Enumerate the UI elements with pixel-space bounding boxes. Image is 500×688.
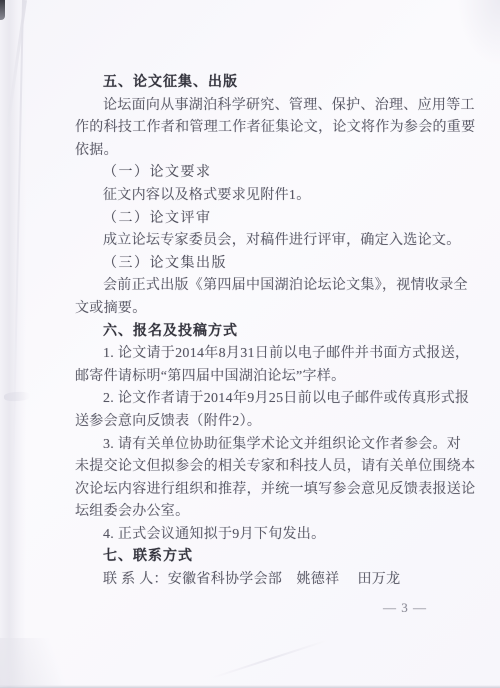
scan-corner-mark xyxy=(0,0,5,20)
scan-bottom-left-shadow xyxy=(0,638,85,686)
document-line: 依据。 xyxy=(75,140,463,163)
document-line: 联 系 人：安徽省科协学会部 姚德祥 田万龙 xyxy=(75,569,463,592)
document-line: 征文内容以及格式要求见附件1。 xyxy=(75,185,463,208)
document-line: 六、报名及投稿方式 xyxy=(75,321,463,344)
page-number: — 3 — xyxy=(383,600,427,616)
document-line: 成立论坛专家委员会，对稿件进行评审，确定入选论文。 xyxy=(75,230,463,253)
document-line: 未提交论文但拟参会的相关专家和科技人员，请有关单位围绕本 xyxy=(75,456,463,479)
document-line: 送参会意向反馈表（附件2）。 xyxy=(75,411,463,434)
document-line: （一）论文要求 xyxy=(75,162,463,185)
scan-left-crease xyxy=(4,391,30,401)
document-line: 会前正式出版《第四届中国湖泊论坛论文集》，视情收录全 xyxy=(75,275,463,298)
document-line: （三）论文集出版 xyxy=(75,253,463,276)
scan-diagonal-crease xyxy=(213,640,328,679)
document-line: 论坛面向从事湖泊科学研究、管理、保护、治理、应用等工 xyxy=(75,95,463,118)
document-line: （二）论文评审 xyxy=(75,208,463,231)
scan-top-right-shadow xyxy=(454,0,500,70)
document-line: 1. 论文请于2014年8月31日前以电子邮件并书面方式报送， xyxy=(75,343,463,366)
document-line: 2. 论文作者请于2014年9月25日前以电子邮件或传真形式报 xyxy=(75,388,463,411)
document-line: 作的科技工作者和管理工作者征集论文，论文将作为参会的重要 xyxy=(75,117,463,140)
document-line: 3. 请有关单位协助征集学术论文并组织论文作者参会。对 xyxy=(75,434,463,457)
document-line: 七、联系方式 xyxy=(75,546,463,569)
document-line: 五、论文征集、出版 xyxy=(75,72,463,95)
document-line: 坛组委会办公室。 xyxy=(75,501,463,524)
document-line: 4. 正式会议通知拟于9月下旬发出。 xyxy=(75,524,463,547)
document-line: 邮寄件请标明“第四届中国湖泊论坛”字样。 xyxy=(75,366,463,389)
scan-left-edge-shading xyxy=(0,0,26,688)
document-line: 文或摘要。 xyxy=(75,298,463,321)
document-text-block: 五、论文征集、出版论坛面向从事湖泊科学研究、管理、保护、治理、应用等工作的科技工… xyxy=(75,72,463,592)
document-line: 次论坛内容进行组织和推荐，并统一填写参会意见反馈表报送论 xyxy=(75,479,463,502)
